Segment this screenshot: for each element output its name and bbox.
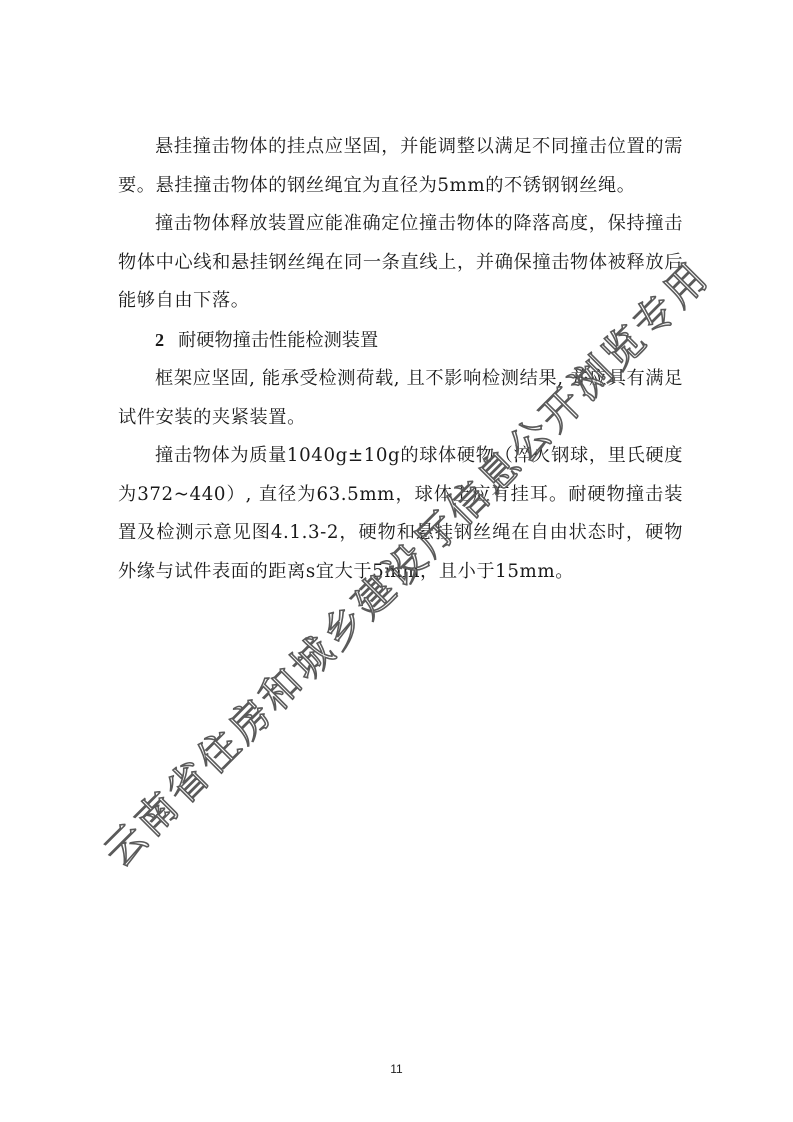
section-title: 耐硬物撞击性能检测装置 [178, 330, 378, 351]
page-number: 11 [0, 1062, 793, 1076]
document-page: 悬挂撞击物体的挂点应坚固，并能调整以满足不同撞击位置的需要。悬挂撞击物体的钢丝绳… [0, 0, 793, 1122]
paragraph-suspension-point: 悬挂撞击物体的挂点应坚固，并能调整以满足不同撞击位置的需要。悬挂撞击物体的钢丝绳… [118, 128, 683, 205]
section-number: 2 [155, 330, 164, 350]
paragraph-release-device: 撞击物体释放装置应能准确定位撞击物体的降落高度，保持撞击物体中心线和悬挂钢丝绳在… [118, 205, 683, 321]
